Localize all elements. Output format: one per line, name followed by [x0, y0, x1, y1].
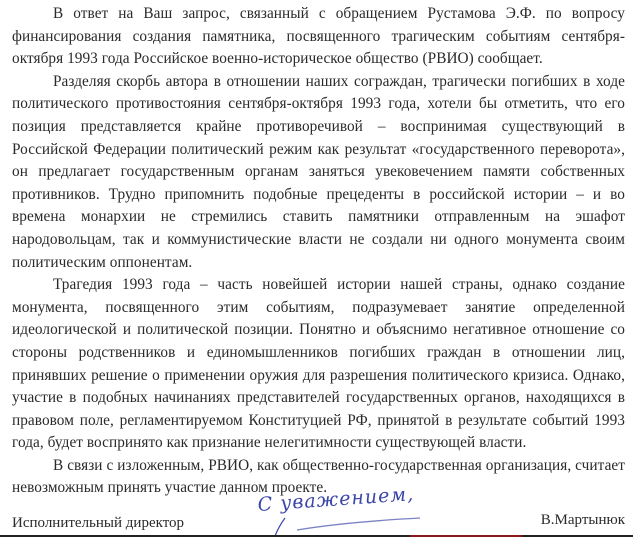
signer-position: Исполнительный директор	[12, 515, 184, 532]
paragraph-tragedy: Трагедия 1993 года – часть новейшей исто…	[12, 274, 625, 455]
letter-body: В ответ на Ваш запрос, связанный с обращ…	[12, 3, 625, 500]
signer-name: В.Мартынюк	[541, 512, 625, 529]
paragraph-position: Разделяя скорбь автора в отношении наших…	[12, 71, 625, 274]
paragraph-intro: В ответ на Ваш запрос, связанный с обращ…	[12, 3, 625, 71]
signature-footer: Исполнительный директор В.Мартынюк	[12, 512, 625, 534]
